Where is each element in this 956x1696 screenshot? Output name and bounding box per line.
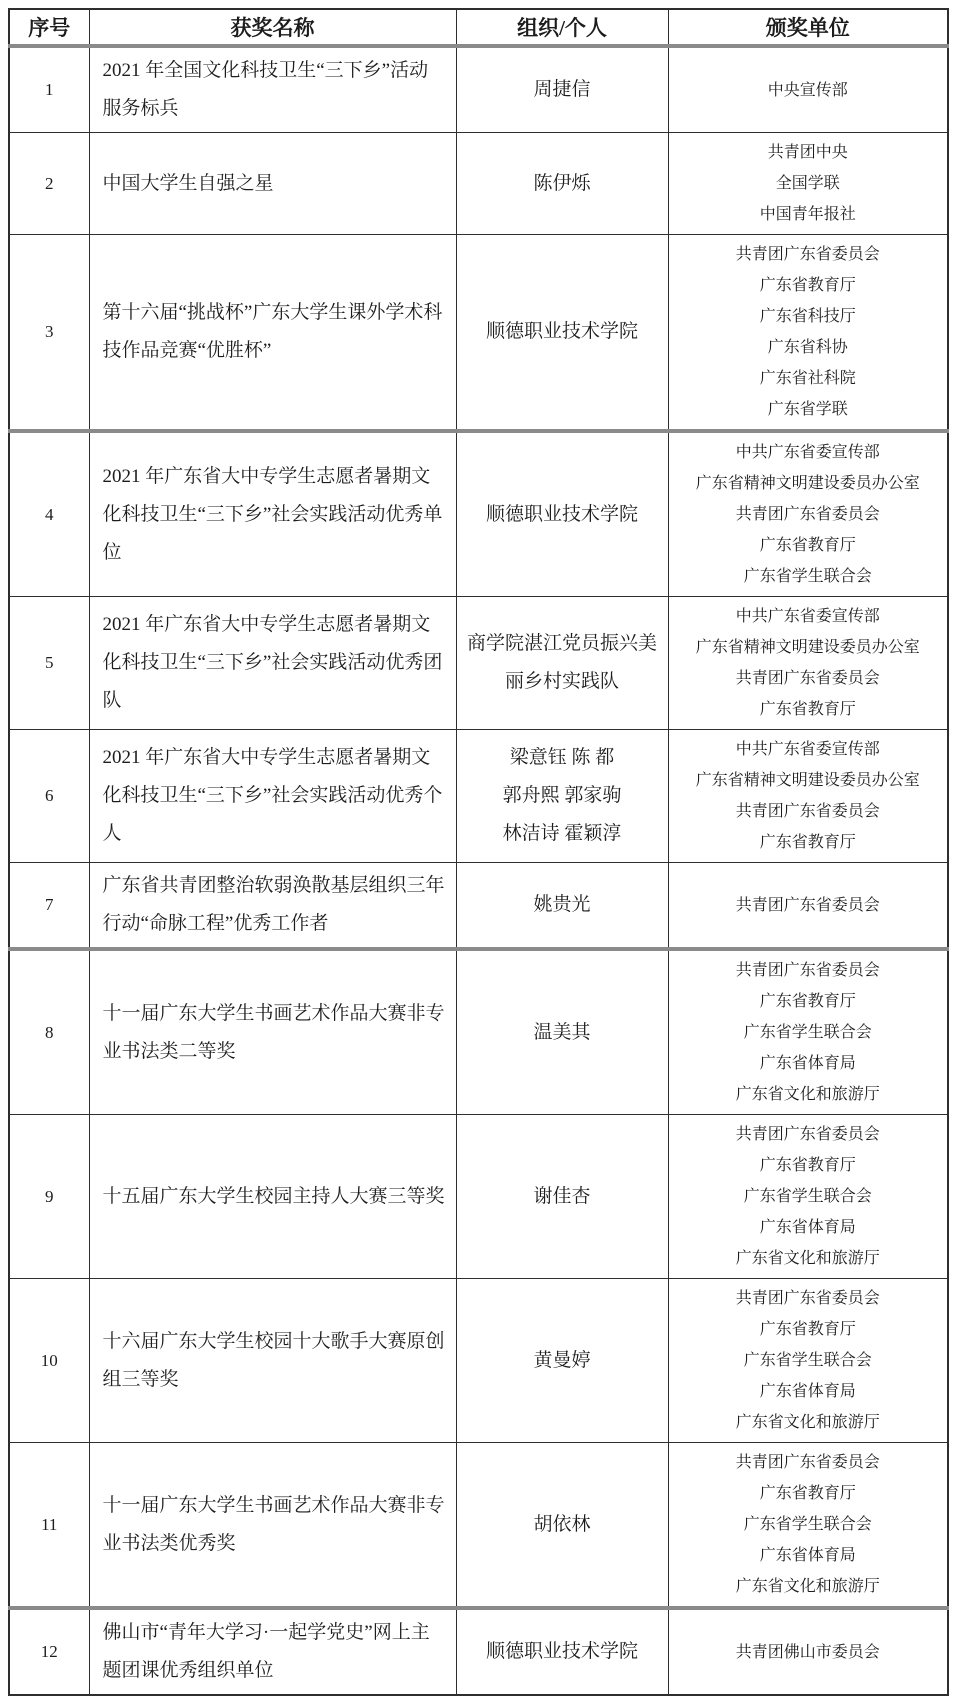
- cell-org: 顺德职业技术学院: [456, 1608, 668, 1695]
- cell-award: 第十六届“挑战杯”广东大学生课外学术科技作品竞赛“优胜杯”: [89, 235, 456, 432]
- cell-award: 2021 年广东省大中专学生志愿者暑期文化科技卫生“三下乡”社会实践活动优秀团队: [89, 597, 456, 730]
- cell-org: 陈伊烁: [456, 133, 668, 235]
- cell-award: 十五届广东大学生校园主持人大赛三等奖: [89, 1115, 456, 1279]
- cell-issuers: 中共广东省委宣传部 广东省精神文明建设委员办公室 共青团广东省委员会 广东省教育…: [668, 431, 948, 597]
- col-header-award: 获奖名称: [89, 9, 456, 46]
- table-row: 5 2021 年广东省大中专学生志愿者暑期文化科技卫生“三下乡”社会实践活动优秀…: [9, 597, 948, 730]
- cell-issuers: 共青团广东省委员会 广东省教育厅 广东省学生联合会 广东省体育局 广东省文化和旅…: [668, 1443, 948, 1609]
- cell-issuers: 共青团广东省委员会 广东省教育厅 广东省学生联合会 广东省体育局 广东省文化和旅…: [668, 1279, 948, 1443]
- cell-award: 十一届广东大学生书画艺术作品大赛非专业书法类二等奖: [89, 949, 456, 1115]
- cell-award: 十六届广东大学生校园十大歌手大赛原创组三等奖: [89, 1279, 456, 1443]
- cell-award: 中国大学生自强之星: [89, 133, 456, 235]
- cell-issuers: 共青团广东省委员会 广东省教育厅 广东省学生联合会 广东省体育局 广东省文化和旅…: [668, 949, 948, 1115]
- cell-award: 广东省共青团整治软弱涣散基层组织三年行动“命脉工程”优秀工作者: [89, 863, 456, 950]
- table-row: 6 2021 年广东省大中专学生志愿者暑期文化科技卫生“三下乡”社会实践活动优秀…: [9, 730, 948, 863]
- cell-no: 1: [9, 46, 89, 133]
- cell-no: 6: [9, 730, 89, 863]
- document-page: 序号 获奖名称 组织/个人 颁奖单位 1 2021 年全国文化科技卫生“三下乡”…: [0, 0, 956, 1556]
- header-row: 序号 获奖名称 组织/个人 颁奖单位: [9, 9, 948, 46]
- cell-issuers: 共青团广东省委员会 广东省教育厅 广东省科技厅 广东省科协 广东省社科院 广东省…: [668, 235, 948, 432]
- awards-table: 序号 获奖名称 组织/个人 颁奖单位 1 2021 年全国文化科技卫生“三下乡”…: [8, 8, 949, 1696]
- table-row: 12 佛山市“青年大学习·一起学党史”网上主题团课优秀组织单位 顺德职业技术学院…: [9, 1608, 948, 1695]
- table-row: 7 广东省共青团整治软弱涣散基层组织三年行动“命脉工程”优秀工作者 姚贵光 共青…: [9, 863, 948, 950]
- table-row: 3 第十六届“挑战杯”广东大学生课外学术科技作品竞赛“优胜杯” 顺德职业技术学院…: [9, 235, 948, 432]
- cell-no: 7: [9, 863, 89, 950]
- cell-org: 姚贵光: [456, 863, 668, 950]
- cell-no: 8: [9, 949, 89, 1115]
- cell-no: 3: [9, 235, 89, 432]
- cell-award: 佛山市“青年大学习·一起学党史”网上主题团课优秀组织单位: [89, 1608, 456, 1695]
- table-row: 11 十一届广东大学生书画艺术作品大赛非专业书法类优秀奖 胡依林 共青团广东省委…: [9, 1443, 948, 1609]
- cell-issuers: 共青团广东省委员会: [668, 863, 948, 950]
- cell-org: 温美其: [456, 949, 668, 1115]
- table-row: 10 十六届广东大学生校园十大歌手大赛原创组三等奖 黄曼婷 共青团广东省委员会 …: [9, 1279, 948, 1443]
- cell-issuers: 中共广东省委宣传部 广东省精神文明建设委员办公室 共青团广东省委员会 广东省教育…: [668, 597, 948, 730]
- cell-issuers: 中央宣传部: [668, 46, 948, 133]
- col-header-org: 组织/个人: [456, 9, 668, 46]
- col-header-issuer: 颁奖单位: [668, 9, 948, 46]
- table-row: 4 2021 年广东省大中专学生志愿者暑期文化科技卫生“三下乡”社会实践活动优秀…: [9, 431, 948, 597]
- cell-award: 2021 年广东省大中专学生志愿者暑期文化科技卫生“三下乡”社会实践活动优秀个人: [89, 730, 456, 863]
- table-row: 1 2021 年全国文化科技卫生“三下乡”活动服务标兵 周捷信 中央宣传部: [9, 46, 948, 133]
- cell-issuers: 共青团中央 全国学联 中国青年报社: [668, 133, 948, 235]
- cell-award: 十一届广东大学生书画艺术作品大赛非专业书法类优秀奖: [89, 1443, 456, 1609]
- cell-issuers: 中共广东省委宣传部 广东省精神文明建设委员办公室 共青团广东省委员会 广东省教育…: [668, 730, 948, 863]
- cell-no: 2: [9, 133, 89, 235]
- cell-org: 周捷信: [456, 46, 668, 133]
- table-row: 8 十一届广东大学生书画艺术作品大赛非专业书法类二等奖 温美其 共青团广东省委员…: [9, 949, 948, 1115]
- cell-no: 5: [9, 597, 89, 730]
- cell-no: 4: [9, 431, 89, 597]
- cell-org: 顺德职业技术学院: [456, 235, 668, 432]
- cell-no: 12: [9, 1608, 89, 1695]
- cell-org: 梁意钰 陈 都 郭舟熙 郭家驹 林洁诗 霍颖淳: [456, 730, 668, 863]
- cell-no: 11: [9, 1443, 89, 1609]
- cell-issuers: 共青团广东省委员会 广东省教育厅 广东省学生联合会 广东省体育局 广东省文化和旅…: [668, 1115, 948, 1279]
- table-row: 2 中国大学生自强之星 陈伊烁 共青团中央 全国学联 中国青年报社: [9, 133, 948, 235]
- cell-award: 2021 年全国文化科技卫生“三下乡”活动服务标兵: [89, 46, 456, 133]
- cell-org: 顺德职业技术学院: [456, 431, 668, 597]
- cell-issuers: 共青团佛山市委员会: [668, 1608, 948, 1695]
- cell-no: 10: [9, 1279, 89, 1443]
- col-header-no: 序号: [9, 9, 89, 46]
- cell-org: 商学院湛江党员振兴美丽乡村实践队: [456, 597, 668, 730]
- cell-org: 黄曼婷: [456, 1279, 668, 1443]
- table-row: 9 十五届广东大学生校园主持人大赛三等奖 谢佳杏 共青团广东省委员会 广东省教育…: [9, 1115, 948, 1279]
- cell-no: 9: [9, 1115, 89, 1279]
- cell-org: 谢佳杏: [456, 1115, 668, 1279]
- cell-award: 2021 年广东省大中专学生志愿者暑期文化科技卫生“三下乡”社会实践活动优秀单位: [89, 431, 456, 597]
- cell-org: 胡依林: [456, 1443, 668, 1609]
